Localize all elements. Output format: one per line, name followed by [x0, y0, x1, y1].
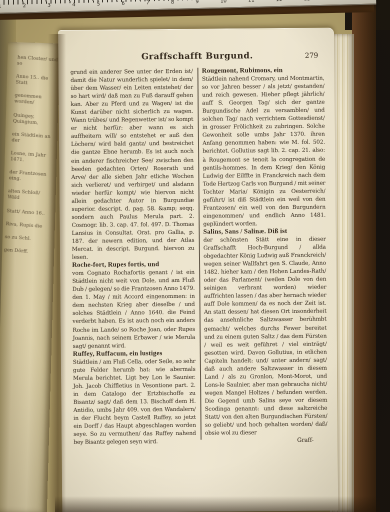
ruler-number: 10 [220, 0, 227, 4]
paragraph-ruffey: Städtlein / am Fluß Cella, oder Seile, s… [73, 358, 196, 448]
paragraph-rochefort: vom Cognato Rochafortis genant / ist ein… [72, 269, 195, 351]
right-column: Rougemont, Rubimons, ein Städtlein nahen… [202, 67, 328, 446]
book-page: Graffschafft Burgund. 279 grund ein ande… [58, 28, 338, 512]
ruler-number: 3 [47, 3, 50, 9]
facing-page-fragment: so zu Schl. [5, 235, 48, 244]
bottom-shadow [55, 496, 380, 512]
catchword: Graff- [205, 437, 328, 446]
ruler-number: 15 [360, 0, 367, 1]
paragraph-see: grund ein anderer See unter der Erden is… [70, 68, 194, 262]
paragraph-rougemont: Städtlein nahend Cromary, und Montmartin… [202, 75, 326, 229]
ruler-number: 14 [332, 0, 339, 2]
paragraph-salins: der schönsten Stätt eine in dieser Graff… [203, 236, 327, 438]
ruler-number: 9 [196, 0, 199, 5]
running-header: Graffschafft Burgund. 279 [70, 51, 324, 66]
ruler-number: 2 [23, 3, 26, 9]
ruler-number: 7 [146, 0, 149, 6]
ruler-number: 1 [0, 4, 1, 10]
ruler-number: 5 [97, 1, 100, 7]
ruler-number: 12 [276, 0, 283, 3]
text-columns: grund ein anderer See unter der Erden is… [70, 67, 327, 447]
page-content: Graffschafft Burgund. 279 grund ein ande… [58, 29, 338, 512]
facing-page-fragment: Riva, Rupis die [5, 222, 48, 231]
facing-page-fragment: alten Schloß/ Wäld [7, 189, 51, 204]
left-column: grund ein anderer See unter der Erden is… [70, 68, 196, 447]
column-divider-rule [197, 68, 201, 440]
ruler-number: 4 [72, 2, 75, 8]
gutter-shadow [48, 34, 66, 512]
facing-page-fragment: Statt/ Anno 16.. [6, 209, 49, 218]
facing-page-fragment: gen Dörff. [4, 248, 47, 257]
ruler-number: 13 [304, 0, 311, 2]
ruler-number: 11 [248, 0, 255, 4]
book-cover-edge [352, 0, 376, 512]
ruler-number: 8 [171, 0, 174, 6]
page-title: Graffschafft Burgund. [70, 51, 324, 63]
facing-page-fragment: der Frantzosen eing. [9, 170, 53, 185]
page-number: 279 [305, 52, 318, 60]
book-photo-scene: hen Closter/ und soAnno 15.. die Stattge… [0, 0, 390, 512]
ruler-number: 6 [121, 1, 124, 7]
